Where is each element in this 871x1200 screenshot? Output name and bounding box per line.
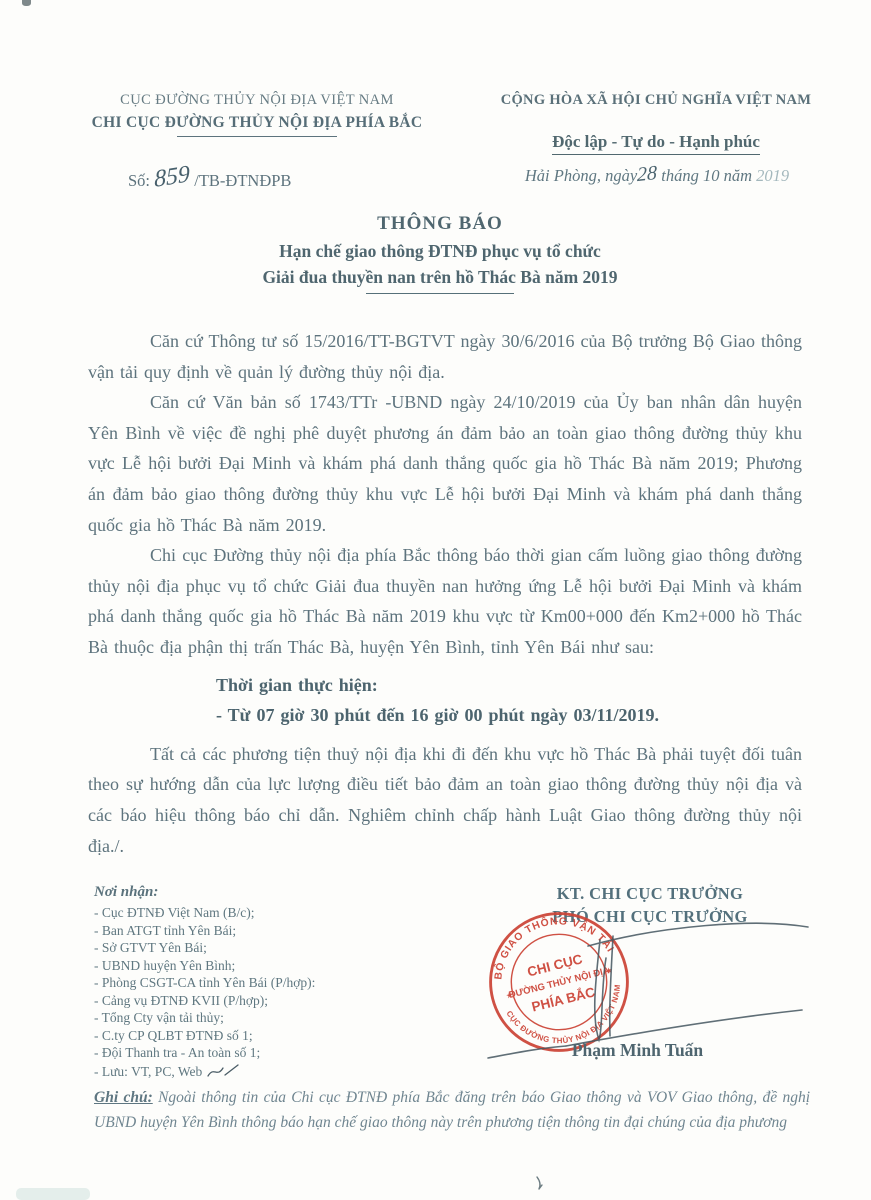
title-kind: THÔNG BÁO: [0, 213, 871, 235]
recipient-item: - Lưu: VT, PC, Web: [94, 1062, 444, 1081]
title-underline: [366, 293, 514, 294]
dateline-day-handwritten: 28: [637, 165, 657, 183]
org-underline: [177, 136, 337, 137]
recipient-item: - C.ty CP QLBT ĐTNĐ số 1;: [94, 1027, 444, 1045]
recipient-item: - Sở GTVT Yên Bái;: [94, 939, 444, 957]
paragraph-legal-basis-1: Căn cứ Thông tư số 15/2016/TT-BGTVT ngày…: [88, 326, 802, 387]
recipient-item: - UBND huyện Yên Bình;: [94, 957, 444, 975]
national-motto: Độc lập - Tự do - Hạnh phúc: [552, 132, 760, 155]
note-text: Ngoài thông tin của Chi cục ĐTNĐ phía Bắ…: [94, 1089, 810, 1131]
place-and-date: Hải Phòng, ngày28 tháng 10 năm 2019: [462, 166, 852, 186]
paragraph-compliance: Tất cả các phương tiện thuỷ nội địa khi …: [88, 739, 802, 861]
title-subject-line2: Giải đua thuyền nan trên hồ Thác Bà năm …: [0, 267, 871, 288]
paragraph-announcement: Chi cục Đường thủy nội địa phía Bắc thôn…: [88, 540, 802, 662]
paragraph-legal-basis-2: Căn cứ Văn bản số 1743/TTr -UBND ngày 24…: [88, 387, 802, 540]
recipients-block: Nơi nhận: - Cục ĐTNĐ Việt Nam (B/c); - B…: [94, 884, 444, 1080]
title-subject-line1: Hạn chế giao thông ĐTNĐ phục vụ tổ chức: [0, 241, 871, 262]
dateline-middle: tháng 10 năm: [661, 166, 752, 185]
document-title-block: THÔNG BÁO Hạn chế giao thông ĐTNĐ phục v…: [0, 213, 871, 294]
doc-number-label: Số:: [128, 171, 150, 190]
recipients-heading: Nơi nhận:: [94, 884, 444, 901]
recipient-item: - Phòng CSGT-CA tỉnh Yên Bái (P/hợp):: [94, 974, 444, 992]
time-section: Thời gian thực hiện: - Từ 07 giờ 30 phút…: [216, 670, 802, 731]
ink-mark-bottom: [536, 1176, 543, 1190]
note-label: Ghi chú:: [94, 1089, 153, 1106]
national-motto-block: CỘNG HÒA XÃ HỘI CHỦ NGHĨA VIỆT NAM Độc l…: [452, 92, 860, 155]
signer-name: Phạm Minh Tuấn: [505, 1040, 770, 1061]
scan-smudge-bottom-left: [16, 1188, 90, 1200]
dateline-prefix: Hải Phòng, ngày: [525, 166, 637, 185]
doc-number-suffix: /TB-ĐTNĐPB: [194, 171, 291, 190]
recipient-item: - Cảng vụ ĐTNĐ KVII (P/hợp);: [94, 992, 444, 1010]
scan-speck-top: [22, 0, 31, 6]
document-body: Căn cứ Thông tư số 15/2016/TT-BGTVT ngày…: [88, 326, 802, 861]
recipient-item-label: - Lưu: VT, PC, Web: [94, 1064, 202, 1079]
handwritten-check-icon: [206, 1062, 240, 1080]
recipient-item: - Tổng Cty vận tải thủy;: [94, 1009, 444, 1027]
recipient-item: - Ban ATGT tỉnh Yên Bái;: [94, 922, 444, 940]
time-detail: - Từ 07 giờ 30 phút đến 16 giờ 00 phút n…: [216, 700, 802, 731]
recipient-item: - Đội Thanh tra - An toàn số 1;: [94, 1044, 444, 1062]
doc-number-handwritten: 859: [154, 165, 190, 189]
issuing-org-name: CHI CỤC ĐƯỜNG THỦY NỘI ĐỊA PHÍA BẮC: [52, 114, 462, 132]
dateline-year: 2019: [756, 166, 789, 185]
parent-org-name: CỤC ĐƯỜNG THỦY NỘI ĐỊA VIỆT NAM: [52, 92, 462, 109]
note-block: Ghi chú: Ngoài thông tin của Chi cục ĐTN…: [94, 1086, 810, 1135]
scanned-official-document: CỤC ĐƯỜNG THỦY NỘI ĐỊA VIỆT NAM CHI CỤC …: [0, 0, 871, 1200]
time-heading: Thời gian thực hiện:: [216, 670, 802, 701]
recipient-item: - Cục ĐTNĐ Việt Nam (B/c);: [94, 904, 444, 922]
national-title: CỘNG HÒA XÃ HỘI CHỦ NGHĨA VIỆT NAM: [452, 92, 860, 109]
document-number: Số: 859 /TB-ĐTNĐPB: [128, 170, 291, 191]
issuing-org-block: CỤC ĐƯỜNG THỦY NỘI ĐỊA VIỆT NAM CHI CỤC …: [52, 92, 462, 137]
recipients-list: - Cục ĐTNĐ Việt Nam (B/c); - Ban ATGT tỉ…: [94, 904, 444, 1080]
handwritten-signature-icon: [470, 898, 815, 1063]
